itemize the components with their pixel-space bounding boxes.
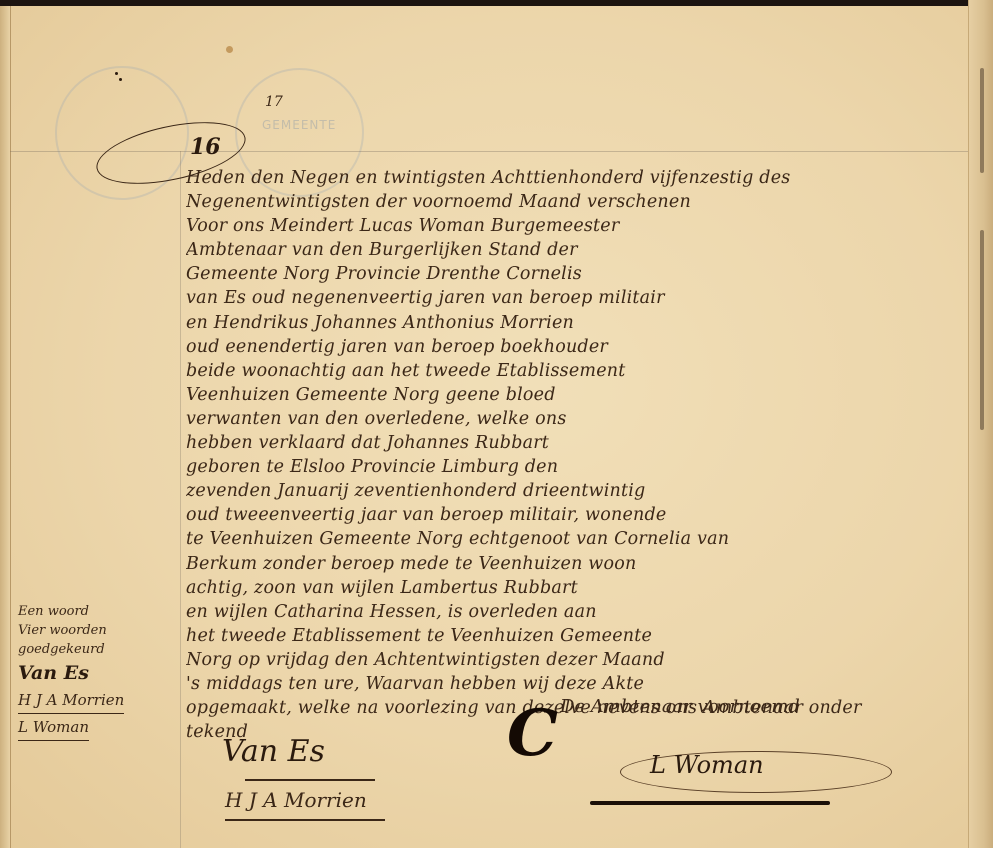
body-line: zevenden Januarij zeventienhonderd driee… <box>186 479 961 503</box>
body-line: Heden den Negen en twintigsten Achttienh… <box>186 166 961 190</box>
signature-underline <box>225 819 385 821</box>
body-line: Berkum zonder beroep mede te Veenhuizen … <box>186 552 961 576</box>
body-line: te Veenhuizen Gemeente Norg echtgenoot v… <box>186 527 961 551</box>
ink-speck <box>115 72 118 75</box>
body-line: Ambtenaar van den Burgerlijken Stand der <box>186 238 961 262</box>
signature-official-title: De Ambtenaar voornoemd <box>560 696 800 717</box>
margin-note-line: Een woord <box>18 602 178 621</box>
body-line: en wijlen Catharina Hessen, is overleden… <box>186 600 961 624</box>
body-line: Negenentwintigsten der voornoemd Maand v… <box>186 190 961 214</box>
record-body: Heden den Negen en twintigsten Achttienh… <box>186 166 961 744</box>
record-sub-number: 17 <box>265 94 283 110</box>
body-line: verwanten van den overledene, welke ons <box>186 407 961 431</box>
body-line: achtig, zoon van wijlen Lambertus Rubbar… <box>186 576 961 600</box>
ink-speck <box>119 78 122 81</box>
body-line: geboren te Elsloo Provincie Limburg den <box>186 455 961 479</box>
body-line: Gemeente Norg Provincie Drenthe Cornelis <box>186 262 961 286</box>
margin-signature-woman: L Woman <box>18 714 89 741</box>
body-line: het tweede Etablissement te Veenhuizen G… <box>186 624 961 648</box>
margin-note-line: goedgekeurd <box>18 640 178 659</box>
body-line: oud eenendertig jaren van beroep boekhou… <box>186 335 961 359</box>
body-line: Norg op vrijdag den Achtentwintigsten de… <box>186 648 961 672</box>
signature-witness-morrien: H J A Morrien <box>225 788 367 812</box>
binding-thread <box>980 68 984 173</box>
signature-underline <box>590 801 830 805</box>
signature-underline <box>245 779 375 781</box>
margin-signature-morrien: H J A Morrien <box>18 687 124 714</box>
ruled-line-margin <box>180 151 181 848</box>
body-line: 's middags ten ure, Waarvan hebben wij d… <box>186 672 961 696</box>
body-line: en Hendrikus Johannes Anthonius Morrien <box>186 311 961 335</box>
binding-thread <box>980 230 984 430</box>
body-line-deceased-name: hebben verklaard dat Johannes Rubbart <box>186 431 961 455</box>
body-line: Veenhuizen Gemeente Norg geene bloed <box>186 383 961 407</box>
record-number: 16 <box>190 134 221 160</box>
signature-official-name: L Woman <box>650 751 764 779</box>
body-line: Voor ons Meindert Lucas Woman Burgemeest… <box>186 214 961 238</box>
stamp-text: GEMEENTE <box>262 118 336 132</box>
body-line: beide woonachtig aan het tweede Etabliss… <box>186 359 961 383</box>
signature-official-initial: C <box>507 696 558 771</box>
margin-annotation: Een woord Vier woorden goedgekeurd Van E… <box>18 602 178 741</box>
page-gutter <box>0 6 11 848</box>
margin-signature-van-es: Van Es <box>18 659 178 687</box>
body-line: oud tweeenveertig jaar van beroep milita… <box>186 503 961 527</box>
margin-note-line: Vier woorden <box>18 621 178 640</box>
register-page: GEMEENTE 16 17 Heden den Negen en twinti… <box>0 6 980 848</box>
body-line: van Es oud negenenveertig jaren van bero… <box>186 286 961 310</box>
signature-witness-van-es: Van Es <box>222 734 325 769</box>
ink-spot <box>226 46 233 53</box>
